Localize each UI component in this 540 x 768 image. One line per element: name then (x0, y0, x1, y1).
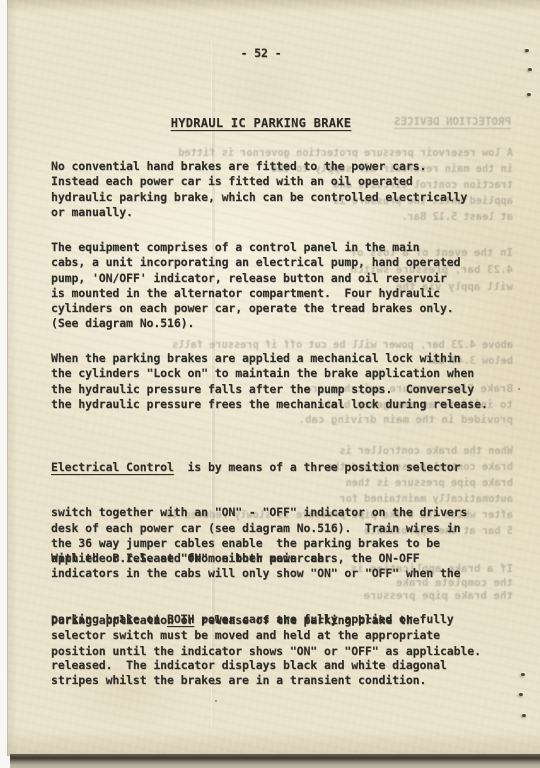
paragraph-equipment: The equipment comprises of a control pan… (51, 240, 509, 332)
paragraph-lines: released. The indicator displays black a… (51, 658, 509, 689)
paragraph-lines: With the B.I.S. at "ON" on both power ca… (51, 551, 509, 582)
page-title: HYDRAUL IC PARKING BRAKE (51, 116, 471, 131)
scanned-document-page: PROTECTION DEVICES A low reservoir press… (7, 0, 540, 756)
staple-hole (528, 68, 532, 71)
page-bottom-shadow (10, 754, 540, 768)
paragraph-mechanical-lock: When the parking brakes are applied a me… (51, 351, 509, 412)
paper-speck (518, 388, 520, 390)
staple-hole (522, 714, 526, 717)
paper-speck (215, 700, 217, 702)
page-number: - 52 - (51, 46, 471, 61)
paragraph-intro: No convential hand brakes are fitted to … (51, 159, 509, 220)
staple-hole (521, 673, 525, 676)
staple-hole (525, 49, 529, 52)
paragraph-application-release: During application or release of the par… (51, 613, 509, 659)
paragraph-line: Electrical Control is by means of a thre… (51, 460, 509, 475)
paper-speck (214, 683, 216, 685)
staple-hole (527, 93, 531, 96)
staple-hole (519, 693, 523, 696)
